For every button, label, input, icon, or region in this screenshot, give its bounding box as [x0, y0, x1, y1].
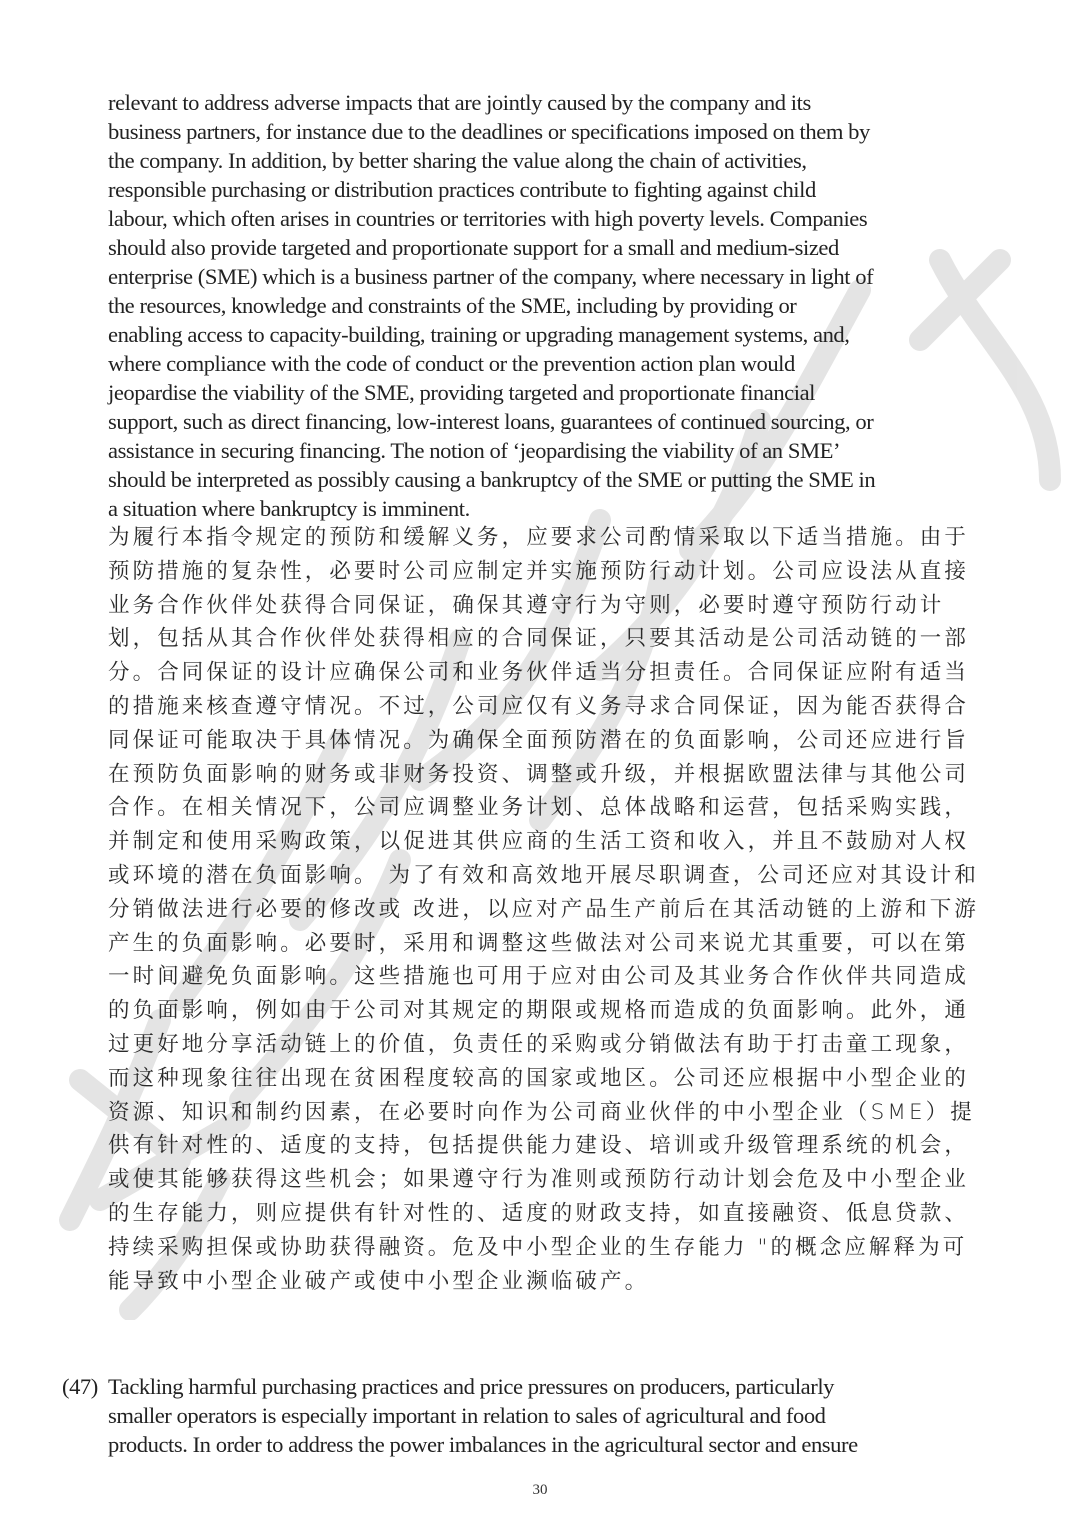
- text-line: 为履行本指令规定的预防和缓解义务，应要求公司酌情采取以下适当措施。由于: [108, 521, 1028, 555]
- text-line: assistance in securing financing. The no…: [108, 436, 1028, 465]
- english-paragraph-continuation: relevant to address adverse impacts that…: [108, 88, 1028, 523]
- text-line: the resources, knowledge and constraints…: [108, 291, 1028, 320]
- text-line: enabling access to capacity-building, tr…: [108, 320, 1028, 349]
- text-line: 同保证可能取决于具体情况。为确保全面预防潜在的负面影响，公司还应进行旨: [108, 724, 1028, 758]
- text-line: relevant to address adverse impacts that…: [108, 88, 1028, 117]
- text-line: responsible purchasing or distribution p…: [108, 175, 1028, 204]
- text-line: 的生存能力，则应提供有针对性的、适度的财政支持，如直接融资、低息贷款、: [108, 1197, 1028, 1231]
- text-line: 分。合同保证的设计应确保公司和业务伙伴适当分担责任。合同保证应附有适当: [108, 656, 1028, 690]
- text-line: (47)Tackling harmful purchasing practice…: [62, 1372, 1022, 1401]
- text-line: 业务合作伙伴处获得合同保证，确保其遵守行为守则，必要时遵守预防行动计: [108, 589, 1028, 623]
- text-line: enterprise (SME) which is a business par…: [108, 262, 1028, 291]
- text-line: 资源、知识和制约因素，在必要时向作为公司商业伙伴的中小型企业（SME）提: [108, 1096, 1028, 1130]
- text-line: 分销做法进行必要的修改或 改进，以应对产品生产前后在其活动链的上游和下游: [108, 893, 1028, 927]
- text-line: smaller operators is especially importan…: [62, 1401, 1022, 1430]
- chinese-translation-paragraph: 为履行本指令规定的预防和缓解义务，应要求公司酌情采取以下适当措施。由于 预防措施…: [108, 521, 1028, 1298]
- text-line-content: Tackling harmful purchasing practices an…: [108, 1374, 834, 1399]
- text-line: jeopardise the viability of the SME, pro…: [108, 378, 1028, 407]
- paragraph-number: (47): [62, 1372, 108, 1401]
- text-line: should also provide targeted and proport…: [108, 233, 1028, 262]
- text-line: 或使其能够获得这些机会；如果遵守行为准则或预防行动计划会危及中小型企业: [108, 1163, 1028, 1197]
- text-line: labour, which often arises in countries …: [108, 204, 1028, 233]
- text-line: the company. In addition, by better shar…: [108, 146, 1028, 175]
- text-line: 合作。在相关情况下，公司应调整业务计划、总体战略和运营，包括采购实践，: [108, 791, 1028, 825]
- text-line: 的负面影响，例如由于公司对其规定的期限或规格而造成的负面影响。此外，通: [108, 994, 1028, 1028]
- text-line: 而这种现象往往出现在贫困程度较高的国家或地区。公司还应根据中小型企业的: [108, 1062, 1028, 1096]
- text-line: 能导致中小型企业破产或使中小型企业濒临破产。: [108, 1265, 1028, 1299]
- paragraph-47: (47)Tackling harmful purchasing practice…: [62, 1372, 1022, 1459]
- text-line: business partners, for instance due to t…: [108, 117, 1028, 146]
- text-line: 在预防负面影响的财务或非财务投资、调整或升级，并根据欧盟法律与其他公司: [108, 758, 1028, 792]
- text-line: 产生的负面影响。必要时，采用和调整这些做法对公司来说尤其重要，可以在第: [108, 927, 1028, 961]
- text-line: 或环境的潜在负面影响。 为了有效和高效地开展尽职调查，公司还应对其设计和: [108, 859, 1028, 893]
- text-line: 供有针对性的、适度的支持，包括提供能力建设、培训或升级管理系统的机会，: [108, 1129, 1028, 1163]
- text-line: 一时间避免负面影响。这些措施也可用于应对由公司及其业务合作伙伴共同造成: [108, 960, 1028, 994]
- text-line: 预防措施的复杂性，必要时公司应制定并实施预防行动计划。公司应设法从直接: [108, 555, 1028, 589]
- text-line: 划，包括从其合作伙伴处获得相应的合同保证，只要其活动是公司活动链的一部: [108, 622, 1028, 656]
- text-line: 的措施来核查遵守情况。不过，公司应仅有义务寻求合同保证，因为能否获得合: [108, 690, 1028, 724]
- text-line: should be interpreted as possibly causin…: [108, 465, 1028, 494]
- text-line: a situation where bankruptcy is imminent…: [108, 494, 1028, 523]
- text-line: 并制定和使用采购政策，以促进其供应商的生活工资和收入，并且不鼓励对人权: [108, 825, 1028, 859]
- page-number: 30: [0, 1482, 1080, 1499]
- text-line: support, such as direct financing, low-i…: [108, 407, 1028, 436]
- text-line: 持续采购担保或协助获得融资。危及中小型企业的生存能力 "的概念应解释为可: [108, 1231, 1028, 1265]
- text-line: 过更好地分享活动链上的价值，负责任的采购或分销做法有助于打击童工现象，: [108, 1028, 1028, 1062]
- text-line: where compliance with the code of conduc…: [108, 349, 1028, 378]
- text-line: products. In order to address the power …: [62, 1430, 1022, 1459]
